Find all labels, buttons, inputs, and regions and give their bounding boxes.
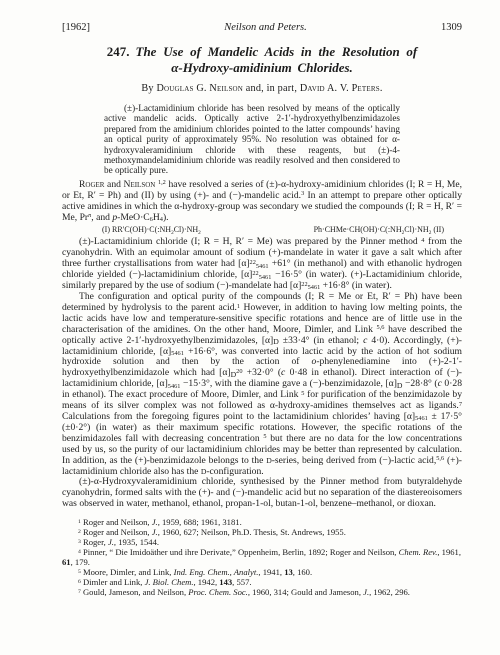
page-header: [1962] Neilson and Peters. 1309 [62,22,462,34]
footnote-4: 4 Pinner, “ Die Imidoäther und ihre Deri… [62,547,462,567]
footnote-3: 3 Roger, J., 1935, 1544. [62,537,462,547]
footnote-1: 1 Roger and Neilson, J., 1959, 688; 1961… [62,517,462,527]
formula-II: Ph·CHMe·CH(OH)·C(:NH2Cl)·NH2 (II) [314,225,444,235]
paragraph-3: The configuration and optical purity of … [62,292,462,477]
abstract: (±)-Lactamidinium chloride has been reso… [104,103,400,176]
journal-page: [1962] Neilson and Peters. 1309 247.The … [0,0,500,655]
header-year: [1962] [62,22,90,34]
formula-line: (I) RR′C(OH)·C(:NH2Cl)·NH2 Ph·CHMe·CH(OH… [62,223,462,237]
article-title-text-1: The Use of Mandelic Acids in the Resolut… [136,44,418,59]
article-title-line1: 247.The Use of Mandelic Acids in the Res… [62,44,462,60]
footnote-6: 6 Dimler and Link, J. Biol. Chem., 1942,… [62,577,462,587]
paragraph-4: (±)-α-Hydroxyvaleramidinium chloride, sy… [62,477,462,510]
article-title-block: 247.The Use of Mandelic Acids in the Res… [62,44,462,75]
footnote-7: 7 Gould, Jameson, and Neilson, Proc. Che… [62,587,462,597]
footnote-2: 2 Roger and Neilson, J., 1960, 627; Neil… [62,527,462,537]
paragraph-2: (±)-Lactamidinium chloride (I; R = H, R′… [62,237,462,292]
running-title: Neilson and Peters. [224,22,307,34]
footnotes: 1 Roger and Neilson, J., 1959, 688; 1961… [62,517,462,597]
article-title-text-2: α-Hydroxy-amidinium Chlorides. [62,60,462,76]
article-number: 247. [107,44,130,59]
byline: By Douglas G. Neilson and, in part, Davi… [62,83,462,95]
article-body: Roger and Neilson 1,2 have resolved a se… [62,180,462,510]
footnote-5: 5 Moore, Dimler, and Link, Ind. Eng. Che… [62,567,462,577]
formula-I: (I) RR′C(OH)·C(:NH2Cl)·NH2 [102,225,201,235]
paragraph-1: Roger and Neilson 1,2 have resolved a se… [62,180,462,224]
header-page-number: 1309 [441,22,462,34]
